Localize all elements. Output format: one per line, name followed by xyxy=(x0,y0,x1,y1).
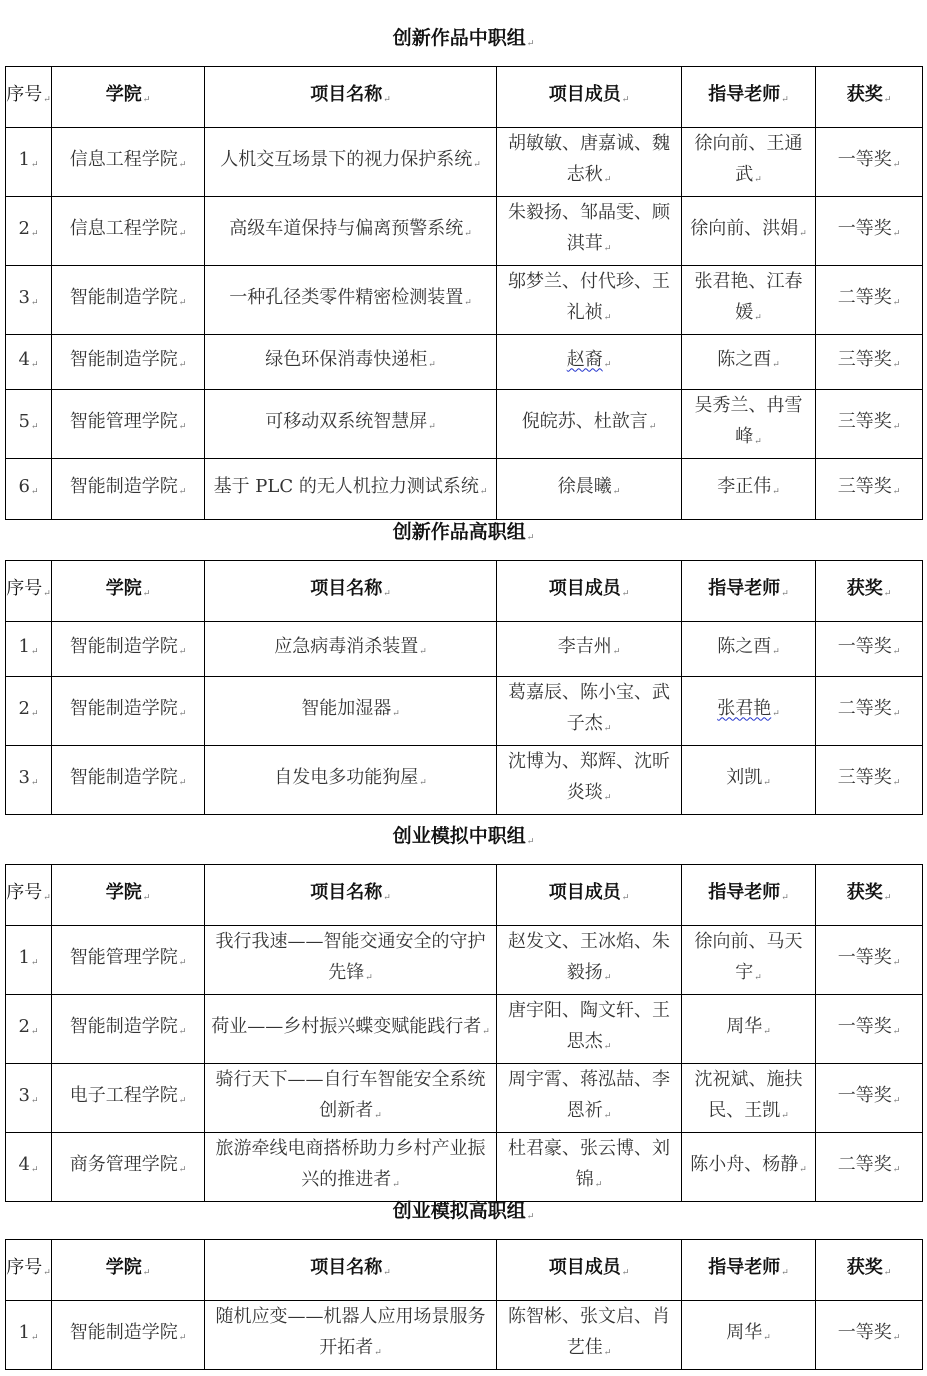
cell-college: 商务管理学院 xyxy=(52,1133,205,1202)
header-index: 序号 xyxy=(6,67,52,128)
cell-index: 5 xyxy=(6,390,52,459)
cell-award: 二等奖 xyxy=(816,677,923,746)
cell-members: 沈博为、郑辉、沈昕炎琰 xyxy=(497,746,682,815)
header-college: 学院 xyxy=(52,865,205,926)
cell-index: 3 xyxy=(6,746,52,815)
header-members: 项目成员 xyxy=(497,561,682,622)
table-row: 3 智能制造学院 自发电多功能狗屋 沈博为、郑辉、沈昕炎琰 刘凯 三等奖 xyxy=(6,746,923,815)
cell-project: 自发电多功能狗屋 xyxy=(205,746,497,815)
cell-index: 1 xyxy=(6,926,52,995)
cell-advisor: 张君艳 xyxy=(682,677,816,746)
cell-project: 高级车道保持与偏离预警系统 xyxy=(205,197,497,266)
cell-project: 我行我速——智能交通安全的守护先锋 xyxy=(205,926,497,995)
table-row: 4 商务管理学院 旅游牵线电商搭桥助力乡村产业振兴的推进者 杜君豪、张云博、刘锦… xyxy=(6,1133,923,1202)
header-members: 项目成员 xyxy=(497,67,682,128)
header-college: 学院 xyxy=(52,1240,205,1301)
cell-members: 徐晨曦 xyxy=(497,459,682,520)
header-index: 序号 xyxy=(6,1240,52,1301)
table-row: 1 信息工程学院 人机交互场景下的视力保护系统 胡敏敏、唐嘉诚、魏志秋 徐向前、… xyxy=(6,128,923,197)
cell-advisor: 周华 xyxy=(682,1301,816,1370)
members-text: 赵裔 xyxy=(567,349,603,370)
table-row: 1 智能制造学院 应急病毒消杀装置 李吉州 陈之酉 一等奖 xyxy=(6,622,923,677)
header-advisor: 指导老师 xyxy=(682,67,816,128)
cell-award: 二等奖 xyxy=(816,1133,923,1202)
cell-advisor: 周华 xyxy=(682,995,816,1064)
cell-college: 智能制造学院 xyxy=(52,335,205,390)
cell-members: 唐宇阳、陶文轩、王思杰 xyxy=(497,995,682,1064)
cell-members: 赵裔 xyxy=(497,335,682,390)
cell-project: 一种孔径类零件精密检测装置 xyxy=(205,266,497,335)
table-row: 2 信息工程学院 高级车道保持与偏离预警系统 朱毅扬、邹晶雯、顾淇茸 徐向前、洪… xyxy=(6,197,923,266)
cell-advisor: 徐向前、马天宇 xyxy=(682,926,816,995)
cell-members: 朱毅扬、邹晶雯、顾淇茸 xyxy=(497,197,682,266)
table-row: 2 智能制造学院 智能加湿器 葛嘉辰、陈小宝、武子杰 张君艳 二等奖 xyxy=(6,677,923,746)
header-project: 项目名称 xyxy=(205,67,497,128)
cell-index: 1 xyxy=(6,1301,52,1370)
cell-college: 信息工程学院 xyxy=(52,128,205,197)
header-advisor: 指导老师 xyxy=(682,1240,816,1301)
cell-college: 智能制造学院 xyxy=(52,677,205,746)
cell-index: 2 xyxy=(6,995,52,1064)
cell-index: 6 xyxy=(6,459,52,520)
advisor-text: 张君艳 xyxy=(717,698,771,719)
cell-advisor: 沈祝斌、施扶民、王凯 xyxy=(682,1064,816,1133)
cell-college: 信息工程学院 xyxy=(52,197,205,266)
header-college: 学院 xyxy=(52,67,205,128)
cell-college: 智能制造学院 xyxy=(52,1301,205,1370)
table-row: 3 智能制造学院 一种孔径类零件精密检测装置 邬梦兰、付代珍、王礼祯 张君艳、江… xyxy=(6,266,923,335)
header-award: 获奖 xyxy=(816,865,923,926)
cell-index: 2 xyxy=(6,197,52,266)
cell-project: 应急病毒消杀装置 xyxy=(205,622,497,677)
cell-college: 智能管理学院 xyxy=(52,926,205,995)
cell-members: 胡敏敏、唐嘉诚、魏志秋 xyxy=(497,128,682,197)
cell-college: 智能制造学院 xyxy=(52,995,205,1064)
cell-index: 2 xyxy=(6,677,52,746)
header-index: 序号 xyxy=(6,561,52,622)
table-row: 1 智能制造学院 随机应变——机器人应用场景服务开拓者 陈智彬、张文启、肖艺佳 … xyxy=(6,1301,923,1370)
cell-college: 智能制造学院 xyxy=(52,459,205,520)
award-table-innovation-higher: 序号 学院 项目名称 项目成员 指导老师 获奖 1 智能制造学院 应急病毒消杀装… xyxy=(5,560,923,815)
cell-members: 李吉州 xyxy=(497,622,682,677)
cell-project: 旅游牵线电商搭桥助力乡村产业振兴的推进者 xyxy=(205,1133,497,1202)
section-title: 创业模拟高职组 xyxy=(0,1196,927,1226)
cell-award: 三等奖 xyxy=(816,459,923,520)
header-award: 获奖 xyxy=(816,1240,923,1301)
table-header-row: 序号 学院 项目名称 项目成员 指导老师 获奖 xyxy=(6,865,923,926)
cell-members: 杜君豪、张云博、刘锦 xyxy=(497,1133,682,1202)
table-row: 4 智能制造学院 绿色环保消毒快递柜 赵裔 陈之酉 三等奖 xyxy=(6,335,923,390)
cell-award: 一等奖 xyxy=(816,1301,923,1370)
cell-advisor: 陈之酉 xyxy=(682,335,816,390)
cell-index: 4 xyxy=(6,335,52,390)
cell-award: 一等奖 xyxy=(816,926,923,995)
cell-advisor: 徐向前、洪娟 xyxy=(682,197,816,266)
cell-project: 绿色环保消毒快递柜 xyxy=(205,335,497,390)
cell-project: 随机应变——机器人应用场景服务开拓者 xyxy=(205,1301,497,1370)
header-project: 项目名称 xyxy=(205,561,497,622)
cell-award: 二等奖 xyxy=(816,266,923,335)
cell-members: 周宇霄、蒋泓喆、李恩祈 xyxy=(497,1064,682,1133)
cell-award: 一等奖 xyxy=(816,1064,923,1133)
table-header-row: 序号 学院 项目名称 项目成员 指导老师 获奖 xyxy=(6,561,923,622)
cell-members: 赵发文、王冰焰、朱毅扬 xyxy=(497,926,682,995)
table-row: 3 电子工程学院 骑行天下——自行车智能安全系统创新者 周宇霄、蒋泓喆、李恩祈 … xyxy=(6,1064,923,1133)
header-index: 序号 xyxy=(6,865,52,926)
cell-project: 人机交互场景下的视力保护系统 xyxy=(205,128,497,197)
table-row: 5 智能管理学院 可移动双系统智慧屏 倪皖苏、杜歆言 吴秀兰、冉雪峰 三等奖 xyxy=(6,390,923,459)
cell-project: 可移动双系统智慧屏 xyxy=(205,390,497,459)
cell-index: 1 xyxy=(6,622,52,677)
cell-advisor: 张君艳、江春媛 xyxy=(682,266,816,335)
cell-award: 一等奖 xyxy=(816,995,923,1064)
cell-advisor: 刘凯 xyxy=(682,746,816,815)
header-project: 项目名称 xyxy=(205,865,497,926)
section-title: 创新作品中职组 xyxy=(0,23,927,53)
cell-college: 智能制造学院 xyxy=(52,622,205,677)
cell-index: 3 xyxy=(6,1064,52,1133)
cell-advisor: 李正伟 xyxy=(682,459,816,520)
cell-award: 三等奖 xyxy=(816,390,923,459)
header-award: 获奖 xyxy=(816,67,923,128)
cell-members: 倪皖苏、杜歆言 xyxy=(497,390,682,459)
award-table-startup-higher: 序号 学院 项目名称 项目成员 指导老师 获奖 1 智能制造学院 随机应变——机… xyxy=(5,1239,923,1370)
cell-college: 电子工程学院 xyxy=(52,1064,205,1133)
header-members: 项目成员 xyxy=(497,865,682,926)
table-row: 1 智能管理学院 我行我速——智能交通安全的守护先锋 赵发文、王冰焰、朱毅扬 徐… xyxy=(6,926,923,995)
header-advisor: 指导老师 xyxy=(682,865,816,926)
cell-advisor: 陈小舟、杨静 xyxy=(682,1133,816,1202)
section-title: 创新作品高职组 xyxy=(0,517,927,547)
table-header-row: 序号 学院 项目名称 项目成员 指导老师 获奖 xyxy=(6,67,923,128)
table-row: 6 智能制造学院 基于 PLC 的无人机拉力测试系统 徐晨曦 李正伟 三等奖 xyxy=(6,459,923,520)
cell-index: 1 xyxy=(6,128,52,197)
cell-members: 邬梦兰、付代珍、王礼祯 xyxy=(497,266,682,335)
cell-award: 一等奖 xyxy=(816,128,923,197)
cell-advisor: 徐向前、王通武 xyxy=(682,128,816,197)
cell-advisor: 陈之酉 xyxy=(682,622,816,677)
cell-award: 三等奖 xyxy=(816,746,923,815)
cell-project: 基于 PLC 的无人机拉力测试系统 xyxy=(205,459,497,520)
cell-college: 智能制造学院 xyxy=(52,266,205,335)
cell-award: 一等奖 xyxy=(816,197,923,266)
cell-project: 骑行天下——自行车智能安全系统创新者 xyxy=(205,1064,497,1133)
cell-college: 智能管理学院 xyxy=(52,390,205,459)
table-header-row: 序号 学院 项目名称 项目成员 指导老师 获奖 xyxy=(6,1240,923,1301)
header-award: 获奖 xyxy=(816,561,923,622)
cell-members: 陈智彬、张文启、肖艺佳 xyxy=(497,1301,682,1370)
cell-members: 葛嘉辰、陈小宝、武子杰 xyxy=(497,677,682,746)
section-title: 创业模拟中职组 xyxy=(0,821,927,851)
cell-award: 一等奖 xyxy=(816,622,923,677)
table-row: 2 智能制造学院 荷业——乡村振兴蝶变赋能践行者 唐宇阳、陶文轩、王思杰 周华 … xyxy=(6,995,923,1064)
cell-project: 荷业——乡村振兴蝶变赋能践行者 xyxy=(205,995,497,1064)
header-members: 项目成员 xyxy=(497,1240,682,1301)
header-project: 项目名称 xyxy=(205,1240,497,1301)
cell-advisor: 吴秀兰、冉雪峰 xyxy=(682,390,816,459)
award-table-innovation-secondary: 序号 学院 项目名称 项目成员 指导老师 获奖 1 信息工程学院 人机交互场景下… xyxy=(5,66,923,520)
cell-index: 3 xyxy=(6,266,52,335)
award-table-startup-secondary: 序号 学院 项目名称 项目成员 指导老师 获奖 1 智能管理学院 我行我速——智… xyxy=(5,864,923,1202)
cell-college: 智能制造学院 xyxy=(52,746,205,815)
header-advisor: 指导老师 xyxy=(682,561,816,622)
cell-award: 三等奖 xyxy=(816,335,923,390)
header-college: 学院 xyxy=(52,561,205,622)
cell-index: 4 xyxy=(6,1133,52,1202)
cell-project: 智能加湿器 xyxy=(205,677,497,746)
